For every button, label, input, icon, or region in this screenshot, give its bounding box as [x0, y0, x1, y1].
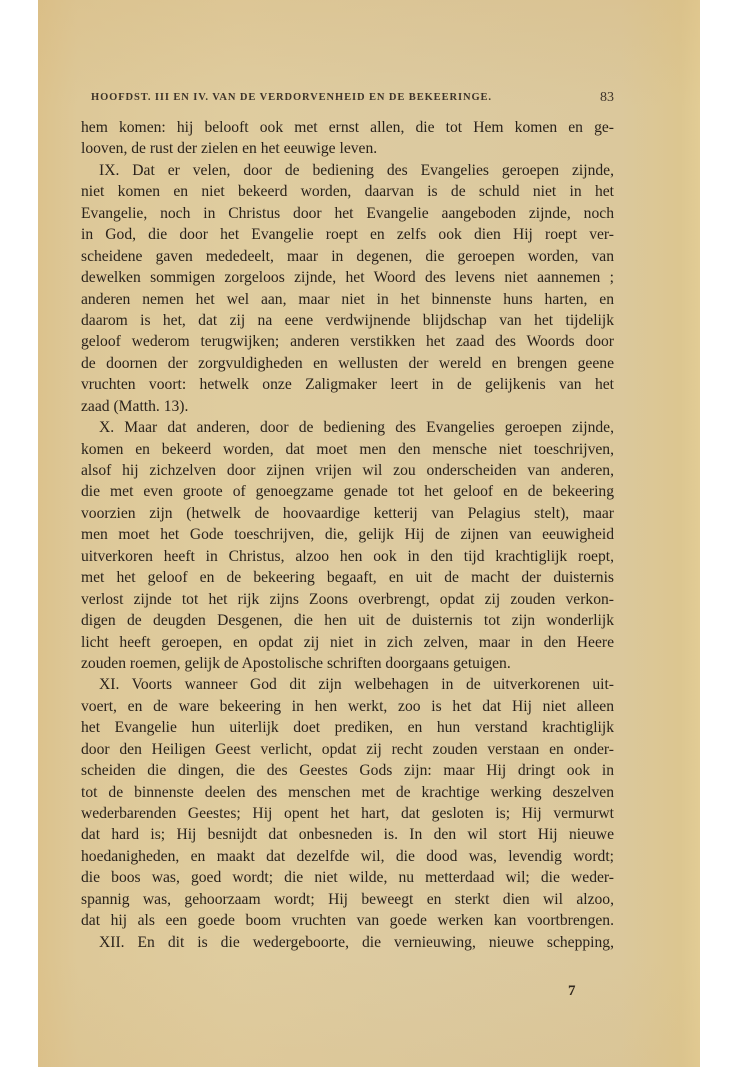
text-line: voorzien zijn (hetwelk de hoovaardige ke…: [81, 503, 614, 524]
text-line: dat hij als een goede boom vruchten van …: [81, 910, 614, 931]
text-line: anderen nemen het wel aan, maar niet in …: [81, 289, 614, 310]
text-line: looven, de rust der zielen en het eeuwig…: [81, 138, 614, 159]
text-line: XI. Voorts wanneer God dit zijn welbehag…: [81, 674, 614, 695]
text-line: het Evangelie hun uiterlijk doet predike…: [81, 717, 614, 738]
page-number: 83: [600, 90, 614, 106]
text-line: zouden roemen, gelijk de Apostolische sc…: [81, 653, 614, 674]
paragraph-continuation: hem komen: hij belooft ook met ernst all…: [81, 117, 614, 160]
text-line: licht heeft geroepen, en opdat zij niet …: [81, 632, 614, 653]
text-line: voert, en de ware bekeering in hen werkt…: [81, 696, 614, 717]
text-line: hem komen: hij belooft ook met ernst all…: [81, 117, 614, 138]
text-line: verlost zijnde tot het rijk zijns Zoons …: [81, 589, 614, 610]
article-xi: XI. Voorts wanneer God dit zijn welbehag…: [81, 674, 614, 931]
book-page: HOOFDST. III EN IV. VAN DE VERDORVENHEID…: [38, 0, 700, 1067]
text-line: scheidene gaven mededeelt, maar in degen…: [81, 246, 614, 267]
text-line: niet komen en niet bekeerd worden, daarv…: [81, 181, 614, 202]
text-line: men moet het Gode toeschrijven, die, gel…: [81, 524, 614, 545]
text-line: X. Maar dat anderen, door de bediening d…: [81, 417, 614, 438]
text-line: Evangelie, noch in Christus door het Eva…: [81, 203, 614, 224]
text-line: die boos was, goed wordt; die niet wilde…: [81, 867, 614, 888]
article-x: X. Maar dat anderen, door de bediening d…: [81, 417, 614, 674]
text-line: door den Heiligen Geest verlicht, opdat …: [81, 739, 614, 760]
article-ix: IX. Dat er velen, door de bediening des …: [81, 160, 614, 417]
text-line: die met even groote of genoegzame genade…: [81, 481, 614, 502]
text-line: in God, die door het Evangelie roept en …: [81, 224, 614, 245]
text-line: uitverkoren heeft in Christus, alzoo hen…: [81, 546, 614, 567]
text-line: zaad (Matth. 13).: [81, 396, 614, 417]
text-line: vruchten voort: hetwelk onze Zaligmaker …: [81, 374, 614, 395]
running-head: HOOFDST. III EN IV. VAN DE VERDORVENHEID…: [81, 92, 614, 108]
text-line: spannig was, gehoorzaam wordt; Hij bewee…: [81, 889, 614, 910]
running-title: HOOFDST. III EN IV. VAN DE VERDORVENHEID…: [91, 92, 492, 103]
text-line: alsof hij zichzelven door zijnen vrijen …: [81, 460, 614, 481]
text-line: komen en bekeerd worden, dat moet men de…: [81, 439, 614, 460]
text-line: wederbarenden Geestes; Hij opent het har…: [81, 803, 614, 824]
body-text: hem komen: hij belooft ook met ernst all…: [81, 117, 614, 953]
signature-mark: 7: [568, 983, 576, 1000]
text-line: de doornen der zorgvuldigheden en wellus…: [81, 353, 614, 374]
text-line: tot de binnenste deelen des menschen met…: [81, 782, 614, 803]
text-line: digen de deugden Desgenen, die hen uit d…: [81, 610, 614, 631]
text-line: dewelken sommigen zorgeloos zijnde, het …: [81, 267, 614, 288]
text-line: IX. Dat er velen, door de bediening des …: [81, 160, 614, 181]
text-line: scheiden die dingen, die des Geestes God…: [81, 760, 614, 781]
text-line: daarom is het, dat zij na eene verdwijne…: [81, 310, 614, 331]
article-xii: XII. En dit is die wedergeboorte, die ve…: [81, 932, 614, 953]
text-line: met het geloof en de bekeering begaaft, …: [81, 567, 614, 588]
text-line: dat hard is; Hij besnijdt dat onbesneden…: [81, 824, 614, 845]
text-line: XII. En dit is die wedergeboorte, die ve…: [81, 932, 614, 953]
text-line: geloof wederom terugwijken; anderen vers…: [81, 331, 614, 352]
text-line: hoedanigheden, en maakt dat dezelfde wil…: [81, 846, 614, 867]
